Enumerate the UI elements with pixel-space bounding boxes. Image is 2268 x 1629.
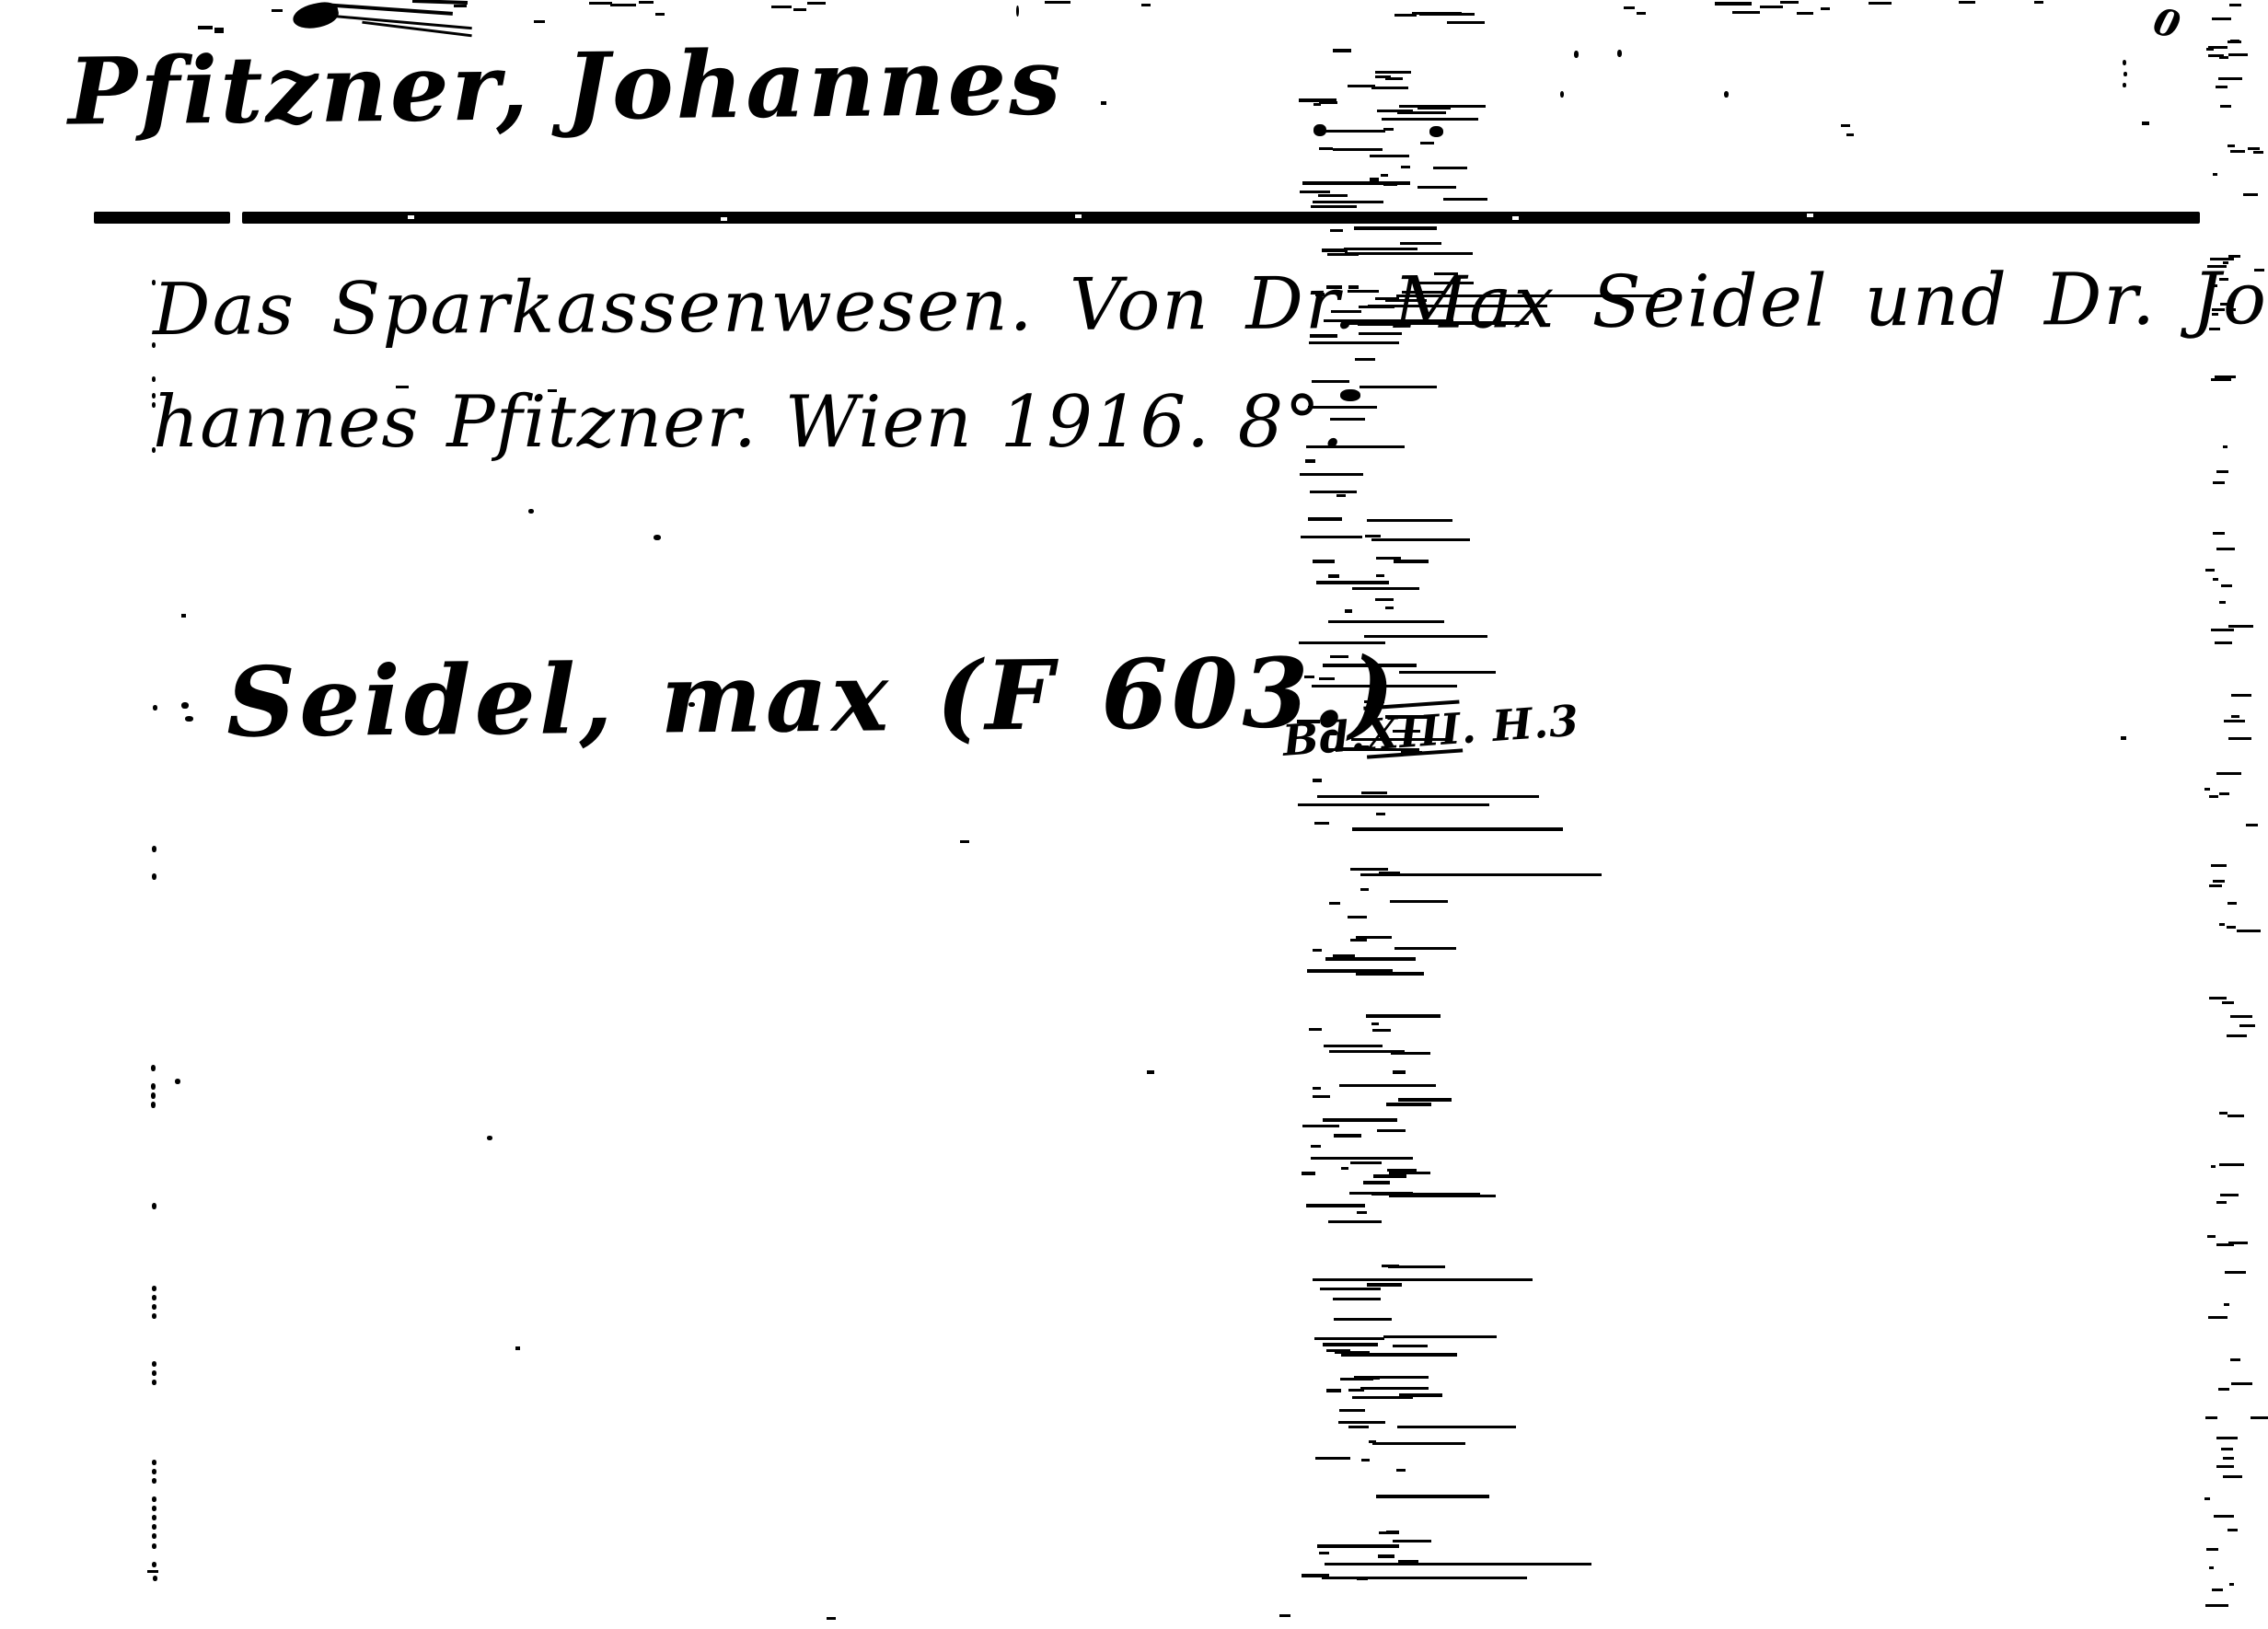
noise-dash — [1339, 1409, 1365, 1412]
noise-dash — [2230, 40, 2239, 42]
scan-noise-specks-layer — [0, 0, 2268, 1629]
noise-dash — [1399, 1393, 1442, 1397]
rule-wear-mark — [408, 215, 414, 219]
noise-dash — [1401, 873, 1437, 876]
noise-dash — [1959, 1, 1975, 4]
noise-dash — [2211, 1165, 2216, 1168]
noise-dash — [2219, 1163, 2244, 1166]
noise-blob — [152, 1478, 156, 1484]
noise-dash — [1371, 87, 1408, 89]
scan-noise-center-band — [0, 0, 2268, 1629]
noise-dash — [1355, 358, 1375, 361]
noise-dash — [1366, 1014, 1441, 1018]
noise-dash — [1319, 101, 1337, 104]
noise-dash — [1797, 12, 1813, 15]
noise-dash — [1341, 1353, 1457, 1357]
noise-dash — [2214, 1515, 2234, 1518]
noise-dash — [2219, 601, 2226, 604]
noise-dash — [1360, 888, 1369, 891]
noise-dash — [1419, 13, 1475, 16]
noise-dash — [1361, 791, 1387, 794]
noise-dash — [1314, 822, 1329, 825]
noise-dash — [1780, 1, 1799, 4]
noise-dash — [1327, 253, 1359, 256]
noise-dash — [1313, 949, 1322, 952]
noise-dash — [1300, 473, 1363, 476]
noise-dash — [1333, 1298, 1381, 1300]
noise-dash — [2227, 40, 2241, 43]
noise-dash — [1393, 1345, 1428, 1347]
noise-blob — [1313, 124, 1326, 136]
noise-dash — [2204, 788, 2210, 791]
noise-dash — [1045, 1, 1070, 4]
noise-blob — [2123, 83, 2126, 87]
noise-blob — [152, 873, 156, 880]
noise-dash — [1389, 1195, 1496, 1197]
noise-blob — [151, 1092, 156, 1099]
rule-wear-mark — [721, 217, 727, 221]
noise-dash — [1417, 107, 1451, 110]
noise-dash — [1325, 1563, 1591, 1565]
noise-blob — [153, 705, 157, 711]
noise-dash — [2253, 151, 2263, 154]
noise-dash — [1370, 178, 1379, 181]
noise-dash — [1401, 166, 1410, 168]
noise-dash — [2216, 772, 2241, 775]
title-entry-line-2: hannes Pfitzner. Wien 1916. 8°. — [153, 387, 1345, 458]
noise-dash — [2215, 375, 2236, 378]
noise-dash — [1397, 111, 1446, 114]
noise-dash — [610, 4, 636, 6]
noise-dash — [1356, 972, 1424, 976]
corner-zero-mark: 0 — [2150, 3, 2184, 45]
noise-blob — [152, 1313, 156, 1319]
noise-dash — [1319, 147, 1333, 150]
noise-dash — [1333, 148, 1383, 151]
noise-blob — [1560, 91, 1564, 98]
noise-dash — [1348, 85, 1375, 87]
noise-dash — [1391, 1052, 1430, 1055]
noise-blob — [152, 846, 156, 852]
noise-dash — [2211, 629, 2234, 631]
noise-dash — [2223, 445, 2227, 448]
noise-dash — [1322, 248, 1348, 252]
noise-dash — [2246, 824, 2258, 826]
noise-dash — [1338, 1421, 1385, 1424]
noise-dash — [1311, 1145, 1321, 1148]
noise-blob — [487, 1136, 492, 1140]
noise-dash — [1340, 1378, 1373, 1381]
noise-dash — [2208, 54, 2224, 57]
noise-dash — [1396, 1469, 1406, 1472]
noise-blob — [152, 1524, 156, 1530]
noise-dash — [2218, 1388, 2229, 1391]
noise-dash — [1279, 1614, 1290, 1617]
noise-dash — [2228, 53, 2248, 56]
noise-dash — [2229, 1583, 2234, 1586]
noise-dash — [2224, 1303, 2229, 1306]
noise-dash — [1344, 248, 1417, 250]
noise-dash — [2228, 625, 2253, 628]
noise-dash — [2227, 1529, 2238, 1531]
noise-dash — [1354, 1376, 1429, 1379]
noise-dash — [1333, 954, 1355, 957]
noise-dash — [1346, 1084, 1436, 1087]
noise-dash — [1371, 538, 1470, 541]
noise-dash — [2216, 548, 2235, 550]
noise-dash — [1313, 1095, 1330, 1098]
volume-roman-numeral: XIII — [1364, 703, 1464, 759]
noise-dash — [2218, 77, 2242, 80]
noise-blob — [152, 1380, 156, 1385]
noise-dash — [1372, 1442, 1465, 1445]
title-entry-line-1: Das Sparkassenwesen. Von Dr. Max Seidel … — [153, 263, 2268, 346]
noise-dash — [2223, 1457, 2234, 1460]
noise-dash — [1302, 1172, 1315, 1175]
noise-dash — [1624, 6, 1635, 9]
noise-dash — [2216, 1437, 2238, 1439]
noise-dash — [1760, 6, 1783, 8]
noise-dash — [1326, 1349, 1350, 1352]
noise-dash — [1350, 868, 1388, 871]
noise-dash — [1314, 1337, 1384, 1340]
scan-noise-right-edge-band — [0, 0, 2268, 1629]
noise-blob — [152, 1469, 156, 1474]
noise-dash — [1385, 607, 1394, 609]
noise-dash — [1329, 1050, 1405, 1053]
noise-dash — [2142, 121, 2149, 125]
noise-dash — [1298, 803, 1489, 806]
noise-dash — [1398, 1560, 1418, 1563]
noise-dash — [2211, 864, 2227, 867]
noise-dash — [2227, 902, 2237, 905]
noise-dash — [1101, 101, 1106, 105]
noise-dash — [1328, 574, 1339, 578]
noise-dash — [1349, 1192, 1413, 1195]
noise-dash — [2213, 532, 2225, 535]
noise-dash — [1387, 1169, 1417, 1172]
noise-dash — [2219, 792, 2229, 795]
noise-dash — [1393, 1540, 1431, 1542]
noise-dash — [2208, 1316, 2227, 1319]
noise-dash — [793, 8, 806, 11]
noise-blob — [152, 1370, 156, 1376]
noise-dash — [1334, 1134, 1361, 1138]
noise-dash — [1310, 491, 1357, 493]
noise-dash — [1841, 124, 1850, 127]
noise-dash — [2215, 641, 2232, 644]
noise-dash — [1356, 936, 1392, 939]
noise-dash — [1732, 11, 1760, 14]
noise-dash — [2219, 923, 2225, 926]
noise-blob — [1016, 6, 1019, 17]
noise-blob — [1574, 51, 1579, 58]
noise-dash — [2237, 930, 2261, 932]
noise-blob — [152, 1295, 156, 1300]
noise-dash — [1360, 873, 1602, 876]
noise-dash — [2205, 1604, 2228, 1607]
noise-blob — [1724, 91, 1729, 98]
noise-dash — [1300, 191, 1330, 193]
noise-dash — [1821, 7, 1830, 10]
noise-dash — [1383, 128, 1394, 131]
noise-dash — [147, 1570, 158, 1573]
noise-dash — [2219, 1112, 2227, 1115]
noise-blob — [151, 1083, 156, 1090]
issue-suffix: . H.3 — [1460, 695, 1581, 753]
noise-dash — [1869, 2, 1892, 5]
noise-dash — [1375, 75, 1391, 78]
noise-dash — [272, 9, 283, 12]
noise-dash — [1361, 1459, 1370, 1461]
noise-dash — [1375, 71, 1411, 74]
noise-dash — [1325, 957, 1416, 961]
noise-dash — [1381, 174, 1388, 177]
noise-dash — [2228, 1242, 2248, 1244]
noise-blob — [181, 702, 189, 709]
noise-blob — [153, 1576, 157, 1581]
noise-dash — [1398, 1098, 1452, 1102]
noise-dash — [2204, 1497, 2210, 1500]
noise-dash — [1309, 1028, 1322, 1031]
noise-dash — [1330, 229, 1343, 232]
noise-dash — [2251, 1416, 2268, 1419]
noise-dash — [2213, 578, 2218, 581]
rule-wear-mark — [1807, 214, 1813, 217]
noise-dash — [655, 13, 665, 16]
noise-dash — [1323, 1118, 1397, 1122]
noise-dash — [1376, 1495, 1489, 1498]
noise-dash — [1341, 1167, 1348, 1170]
noise-dash — [1377, 110, 1413, 112]
noise-dash — [1417, 186, 1456, 189]
noise-dash — [1315, 1457, 1350, 1460]
noise-dash — [2222, 1001, 2234, 1004]
noise-blob — [152, 1460, 156, 1465]
noise-dash — [515, 1346, 520, 1350]
noise-dash — [1313, 779, 1322, 782]
noise-dash — [2229, 4, 2241, 6]
noise-dash — [2205, 569, 2215, 572]
noise-blob — [152, 1515, 156, 1520]
noise-dash — [1377, 1129, 1406, 1132]
divider-rule-main-segment — [242, 212, 2200, 224]
noise-dash — [1367, 1283, 1402, 1287]
noise-dash — [1386, 1531, 1399, 1534]
noise-dash — [1333, 49, 1351, 52]
noise-dash — [589, 2, 612, 5]
noise-dash — [1382, 1265, 1399, 1267]
noise-blob — [1429, 126, 1443, 137]
noise-dash — [1399, 105, 1447, 108]
noise-dash — [1390, 900, 1448, 903]
noise-dash — [1376, 557, 1401, 560]
noise-dash — [1340, 1157, 1413, 1160]
noise-dash — [1399, 671, 1496, 674]
noise-dash — [2227, 926, 2236, 929]
noise-dash — [1360, 386, 1437, 388]
noise-dash — [1379, 872, 1400, 874]
scribble-streak — [412, 0, 468, 5]
noise-dash — [1386, 1103, 1431, 1106]
noise-dash — [1317, 1544, 1399, 1548]
noise-dash — [1369, 1440, 1376, 1443]
noise-dash — [1373, 1174, 1406, 1178]
author-heading: Pfitzner, Johannes — [68, 35, 1064, 137]
noise-dash — [1306, 1204, 1365, 1207]
noise-dash — [2216, 1201, 2227, 1204]
noise-dash — [1383, 1335, 1497, 1338]
scribble-streak — [324, 3, 453, 16]
noise-dash — [1394, 560, 1429, 563]
noise-dash — [1350, 939, 1367, 942]
noise-dash — [2209, 795, 2218, 798]
noise-dash — [1382, 118, 1478, 121]
noise-blob — [152, 1533, 156, 1539]
noise-dash — [827, 1617, 836, 1620]
noise-dash — [1443, 198, 1487, 201]
noise-dash — [2248, 147, 2260, 150]
noise-dash — [1313, 1087, 1321, 1090]
noise-dash — [1388, 1265, 1445, 1268]
noise-blob — [152, 1361, 156, 1367]
noise-dash — [1350, 1161, 1382, 1164]
noise-blob — [152, 1286, 156, 1291]
noise-dash — [1376, 813, 1385, 815]
noise-dash — [1328, 620, 1444, 623]
noise-dash — [2209, 884, 2222, 887]
noise-dash — [1365, 535, 1381, 537]
noise-blob — [152, 1562, 156, 1567]
noise-dash — [1313, 1278, 1533, 1281]
noise-dash — [181, 614, 186, 618]
noise-dash — [1370, 155, 1409, 157]
noise-dash — [2208, 46, 2227, 49]
noise-dash — [1323, 1343, 1378, 1346]
noise-dash — [2230, 1358, 2240, 1361]
noise-dash — [771, 6, 792, 8]
noise-dash — [1371, 1193, 1480, 1196]
noise-dash — [1302, 1125, 1339, 1127]
noise-dash — [2227, 144, 2235, 147]
noise-dash — [2243, 193, 2258, 196]
noise-blob — [151, 1102, 156, 1108]
noise-blob — [185, 716, 193, 722]
noise-dash — [1426, 105, 1486, 108]
noise-dash — [2221, 1448, 2233, 1450]
noise-dash — [2230, 1015, 2252, 1018]
noise-blob — [2123, 72, 2127, 76]
noise-dash — [1311, 205, 1357, 208]
noise-dash — [2213, 481, 2225, 484]
noise-dash — [1400, 242, 1441, 245]
noise-dash — [2231, 715, 2239, 718]
noise-dash — [1317, 795, 1539, 798]
noise-dash — [1141, 4, 1151, 6]
noise-blob — [152, 1543, 156, 1549]
noise-dash — [2209, 997, 2227, 999]
noise-dash — [1846, 133, 1854, 136]
rule-wear-mark — [1512, 216, 1519, 220]
noise-dash — [1357, 1211, 1367, 1214]
noise-blob — [152, 1496, 156, 1502]
noise-dash — [1313, 201, 1383, 203]
noise-dash — [2034, 1, 2043, 4]
noise-dash — [1360, 1387, 1429, 1390]
noise-blob — [654, 535, 661, 540]
noise-dash — [2213, 173, 2217, 176]
noise-dash — [1335, 1351, 1370, 1354]
noise-dash — [1358, 252, 1473, 255]
noise-dash — [2212, 1589, 2223, 1591]
noise-dash — [1715, 2, 1752, 6]
noise-dash — [1376, 574, 1384, 577]
noise-dash — [2230, 150, 2245, 153]
noise-dash — [1334, 1318, 1392, 1321]
noise-dash — [2227, 1034, 2247, 1037]
noise-dash — [2205, 1416, 2217, 1419]
noise-dash — [2216, 86, 2227, 88]
cross-reference-heading: Seidel, max (F 603.) — [226, 644, 1399, 750]
noise-dash — [2209, 1566, 2214, 1569]
noise-dash — [214, 28, 224, 33]
noise-dash — [1319, 1552, 1329, 1554]
noise-dash — [1348, 916, 1367, 918]
noise-blob — [528, 509, 534, 514]
noise-dash — [1302, 1574, 1329, 1577]
divider-rule-left-segment — [94, 212, 230, 224]
noise-dash — [1348, 1426, 1369, 1428]
noise-dash — [2228, 737, 2251, 740]
noise-blob — [152, 1304, 156, 1310]
noise-dash — [1322, 1577, 1527, 1579]
noise-dash — [2239, 1024, 2255, 1027]
noise-dash — [2121, 736, 2126, 740]
noise-dash — [2206, 1548, 2218, 1551]
noise-dash — [1383, 182, 1397, 186]
noise-dash — [1348, 1389, 1364, 1392]
noise-dash — [1147, 1070, 1154, 1074]
noise-dash — [1433, 167, 1467, 169]
noise-dash — [2220, 1194, 2239, 1196]
noise-dash — [1379, 1531, 1390, 1534]
noise-dash — [1352, 587, 1419, 590]
noise-dash — [1345, 609, 1352, 613]
noise-dash — [1412, 12, 1462, 15]
noise-dash — [2213, 880, 2225, 883]
volume-prefix: Bd. — [1281, 711, 1368, 766]
noise-blob — [175, 1079, 180, 1084]
noise-dash — [1363, 1181, 1390, 1184]
noise-dash — [1420, 142, 1434, 144]
noise-blob — [152, 1203, 156, 1209]
noise-dash — [1329, 902, 1340, 905]
noise-dash — [1316, 581, 1389, 584]
noise-dash — [1447, 21, 1485, 24]
noise-dash — [1302, 181, 1410, 185]
noise-dash — [1375, 598, 1394, 601]
noise-dash — [1637, 12, 1646, 15]
noise-dash — [2207, 1235, 2216, 1238]
noise-dash — [1308, 517, 1342, 521]
noise-dash — [1326, 1389, 1341, 1392]
noise-dash — [1352, 827, 1563, 831]
noise-dash — [1317, 130, 1385, 133]
noise-dash — [1375, 973, 1390, 976]
noise-dash — [1311, 1157, 1370, 1160]
noise-dash — [2216, 1243, 2234, 1246]
noise-dash — [1394, 947, 1456, 950]
